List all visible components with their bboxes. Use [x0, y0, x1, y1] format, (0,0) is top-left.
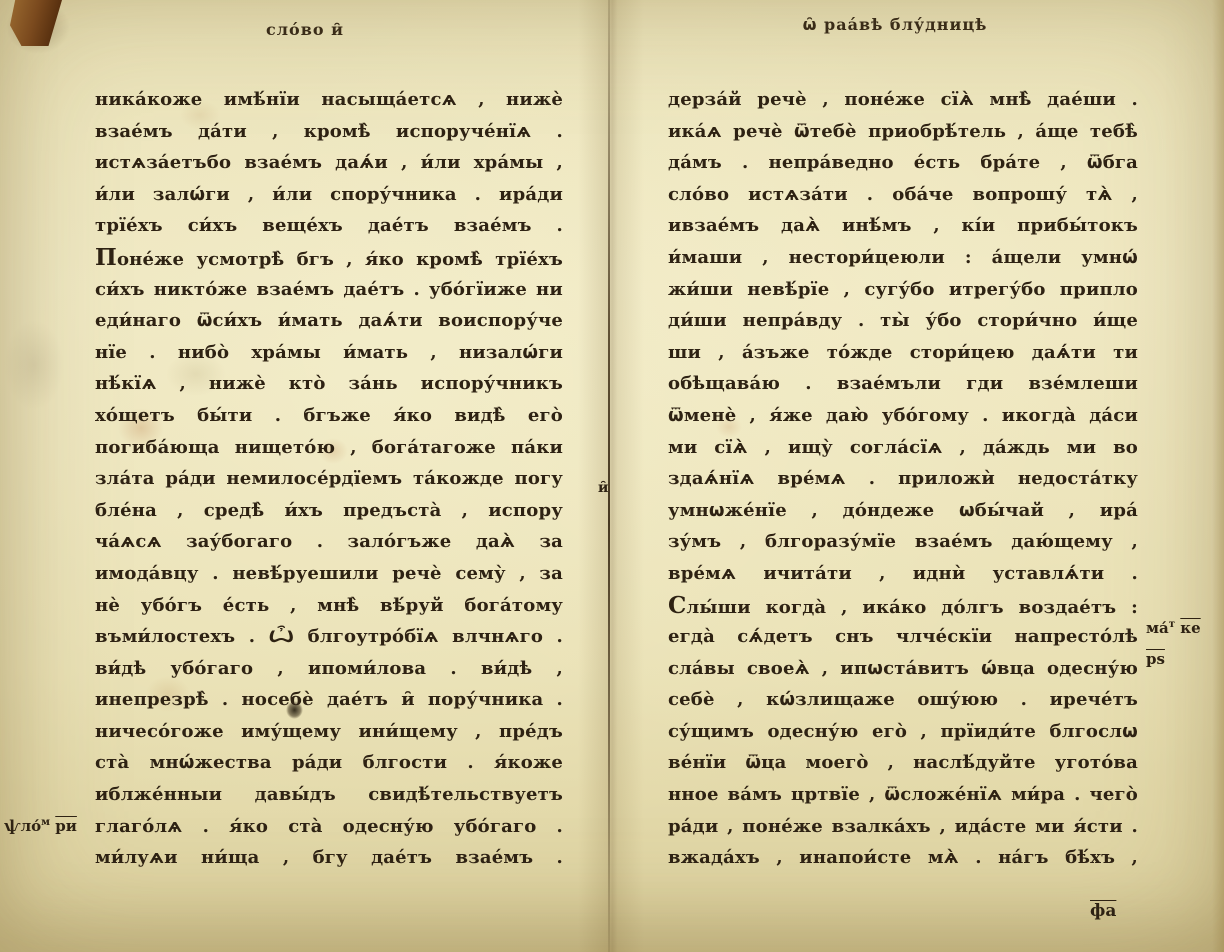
text-line: зу́мъ , блгоразу́мїе взае́мъ даю́щему ,	[668, 526, 1138, 558]
book-spread: { "colors": { "paper": "#ebe3ba", "ink":…	[0, 0, 1224, 952]
text-line: обѣщава́ю . взае́мъли гди взе́млеши	[668, 368, 1138, 400]
quire-signature: фа	[1090, 901, 1116, 921]
text-line: вжада́хъ , инапои́сте мѧ̀ . на́гъ бѣ́хъ …	[668, 842, 1138, 874]
text-line: хо́щетъ бы́ти . бгъже я́ко видѣ̀ его̀	[95, 400, 563, 432]
text-line: нное ва́мъ цртвїе , ѿсложе́нїѧ ми́ра . ч…	[668, 779, 1138, 811]
psalm-abbr-superscript: м	[41, 816, 50, 828]
zachalo-number: рѕ	[1146, 650, 1165, 668]
text-line: ши , а́зъже то́жде стори́цею даѧ́ти ти	[668, 337, 1138, 369]
text-line: ста̀ мнѡ́жества ра́ди блгости . я́коже	[95, 747, 563, 779]
text-line: и́маши , нестори́цеюли : а́щели умнѡ́	[668, 242, 1138, 274]
text-line: и́ли залѡ́ги , и́ли спору́чника . ира́ди	[95, 179, 563, 211]
text-line: зла́та ра́ди немилосе́рдїемъ та́кожде по…	[95, 463, 563, 495]
quire-signature-text: фа	[1090, 901, 1116, 921]
gospel-chapter: ке	[1180, 619, 1200, 637]
text-line: имода́вцу . невѣ́руешили речѐ сему̀ , за	[95, 558, 563, 590]
text-line: истѧза́етъбо взае́мъ даѧ́и , и́ли хра́мы…	[95, 147, 563, 179]
text-line: си́хъ никто́же взае́мъ дае́тъ . убо́гїиж…	[95, 274, 563, 306]
text-line: да́мъ . непра́ведно е́сть бра́те , ѿбга	[668, 147, 1138, 179]
text-line: глаго́лѧ . я́ко ста̀ одесну́ю убо́гаго .	[95, 811, 563, 843]
text-line: трїе́хъ си́хъ веще́хъ дае́тъ взае́мъ .	[95, 210, 563, 242]
text-line: бле́на , средѣ̀ и́хъ предъста̀ , испору	[95, 495, 563, 527]
psalm-number: ри	[55, 817, 77, 835]
gutter-fold-line	[608, 0, 610, 952]
page-edge-shading	[1212, 0, 1224, 952]
text-line: ра́ди , поне́же взалка́хъ , ида́сте ми я…	[668, 811, 1138, 843]
text-line: инепрезрѣ̀ . носебѐ дае́тъ и̑ пору́чника…	[95, 684, 563, 716]
text-line: ничесо́гоже иму́щему ини́щему , пре́дъ	[95, 716, 563, 748]
text-line: ди́ши непра́вду . ты̀ у́бо стори́чно и́щ…	[668, 305, 1138, 337]
text-line: ивзае́мъ даѧ̀ инѣ́мъ , кі́и прибы́токъ	[668, 210, 1138, 242]
text-line: сла́вы своеѧ̀ , ипѡста́витъ ѡ́вца одесну…	[668, 653, 1138, 685]
text-line: су́щимъ одесну́ю его̀ , прїиди́те блгосл…	[668, 716, 1138, 748]
text-line: нѣ́кїѧ , нижѐ кто̀ за́нь испору́чникъ	[95, 368, 563, 400]
gospel-abbr-superscript: т	[1169, 618, 1175, 630]
text-line: погиба́юща нището́ю , бога́тагоже па́ки	[95, 432, 563, 464]
text-line: вре́мѧ ичита́ти , иднѝ уставлѧ́ти .	[668, 558, 1138, 590]
text-line: ча́ѧсѧ зау́богаго . зало́гъже даѧ̀ за	[95, 526, 563, 558]
text-line: еди́наго ѿси́хъ и́мать даѧ́ти воиспору́ч…	[95, 305, 563, 337]
text-line: ѿменѐ , я́же даю̀ убо́гому . икогда̀ да́…	[668, 400, 1138, 432]
text-line: ве́нїи ѿца моего̀ , наслѣ́дуйте угото́ва	[668, 747, 1138, 779]
right-running-header: ѡ̑ раа́вѣ блу́дницѣ	[770, 15, 1020, 34]
right-page-text-block: дерза́й речѐ , поне́же сїѧ̀ мнѣ̀ дае́ши …	[668, 84, 1138, 874]
text-line: взае́мъ да́ти , кромѣ̀ испоруче́нїѧ .	[95, 116, 563, 148]
gospel-abbr: ма́	[1146, 619, 1169, 637]
left-page-text-block: ника́коже имѣ́нїи насыща́етсѧ , нижѐ вза…	[95, 84, 563, 874]
left-running-header: сло́во и̑	[225, 20, 385, 39]
psalm-abbr: ѱло́	[4, 817, 41, 835]
text-line: умнѡже́нїе , до́ндеже ѡбы́чай , ира́	[668, 495, 1138, 527]
text-line: егда̀ сѧ́детъ снъ члче́скїи напресто́лѣ	[668, 621, 1138, 653]
gutter-shadow	[578, 0, 644, 952]
text-line: жи́ши невѣ́рїе , сугу́бо итрегу́бо припл…	[668, 274, 1138, 306]
text-line: сло́во истѧза́ти . оба́че вопрошу́ тѧ̀ ,	[668, 179, 1138, 211]
text-line: ви́дѣ убо́гаго , ипоми́лова . ви́дѣ ,	[95, 653, 563, 685]
paper-stain	[4, 320, 64, 410]
text-line: нїе . нибо̀ хра́мы и́мать , низалѡ́ги	[95, 337, 563, 369]
text-line: ника́коже имѣ́нїи насыща́етсѧ , нижѐ	[95, 84, 563, 116]
text-line-paragraph-start: Слы́ши когда̀ , ика́ко до́лгъ воздае́тъ …	[668, 590, 1138, 622]
text-line: нѐ убо́гъ е́сть , мнѣ̀ вѣ́руй бога́тому	[95, 590, 563, 622]
text-line: ми́луѧи ни́ща , бгу дае́тъ взае́мъ .	[95, 842, 563, 874]
text-line: себѐ , кѡ́злищаже ошу́юю . ирече́тъ	[668, 684, 1138, 716]
text-line: дерза́й речѐ , поне́же сїѧ̀ мнѣ̀ дае́ши …	[668, 84, 1138, 116]
gutter-showthrough-mark: и̑	[598, 480, 608, 496]
text-line: ми сїѧ̀ , ищу̀ согла́сїѧ , да́ждь ми во	[668, 432, 1138, 464]
text-line: ика́ѧ речѐ ѿтебѐ приобрѣ́тель , а́ще теб…	[668, 116, 1138, 148]
right-margin-note-gospel-ref: ма́т ке	[1146, 618, 1201, 637]
right-margin-note-zachalo: рѕ	[1146, 650, 1165, 668]
left-margin-note-psalm-ref: ѱло́м ри	[4, 816, 77, 835]
text-line: иблже́нныи давы́дъ свидѣ́тельствуетъ	[95, 779, 563, 811]
text-line: въми́лостехъ . Ѽ блгоутро́бїѧ влчнѧго .	[95, 621, 563, 653]
text-line: здаѧ́нїѧ вре́мѧ . приложѝ недоста́тку	[668, 463, 1138, 495]
text-line-paragraph-start: Поне́же усмотрѣ̀ бгъ , я́ко кромѣ̀ трїе́…	[95, 242, 563, 274]
